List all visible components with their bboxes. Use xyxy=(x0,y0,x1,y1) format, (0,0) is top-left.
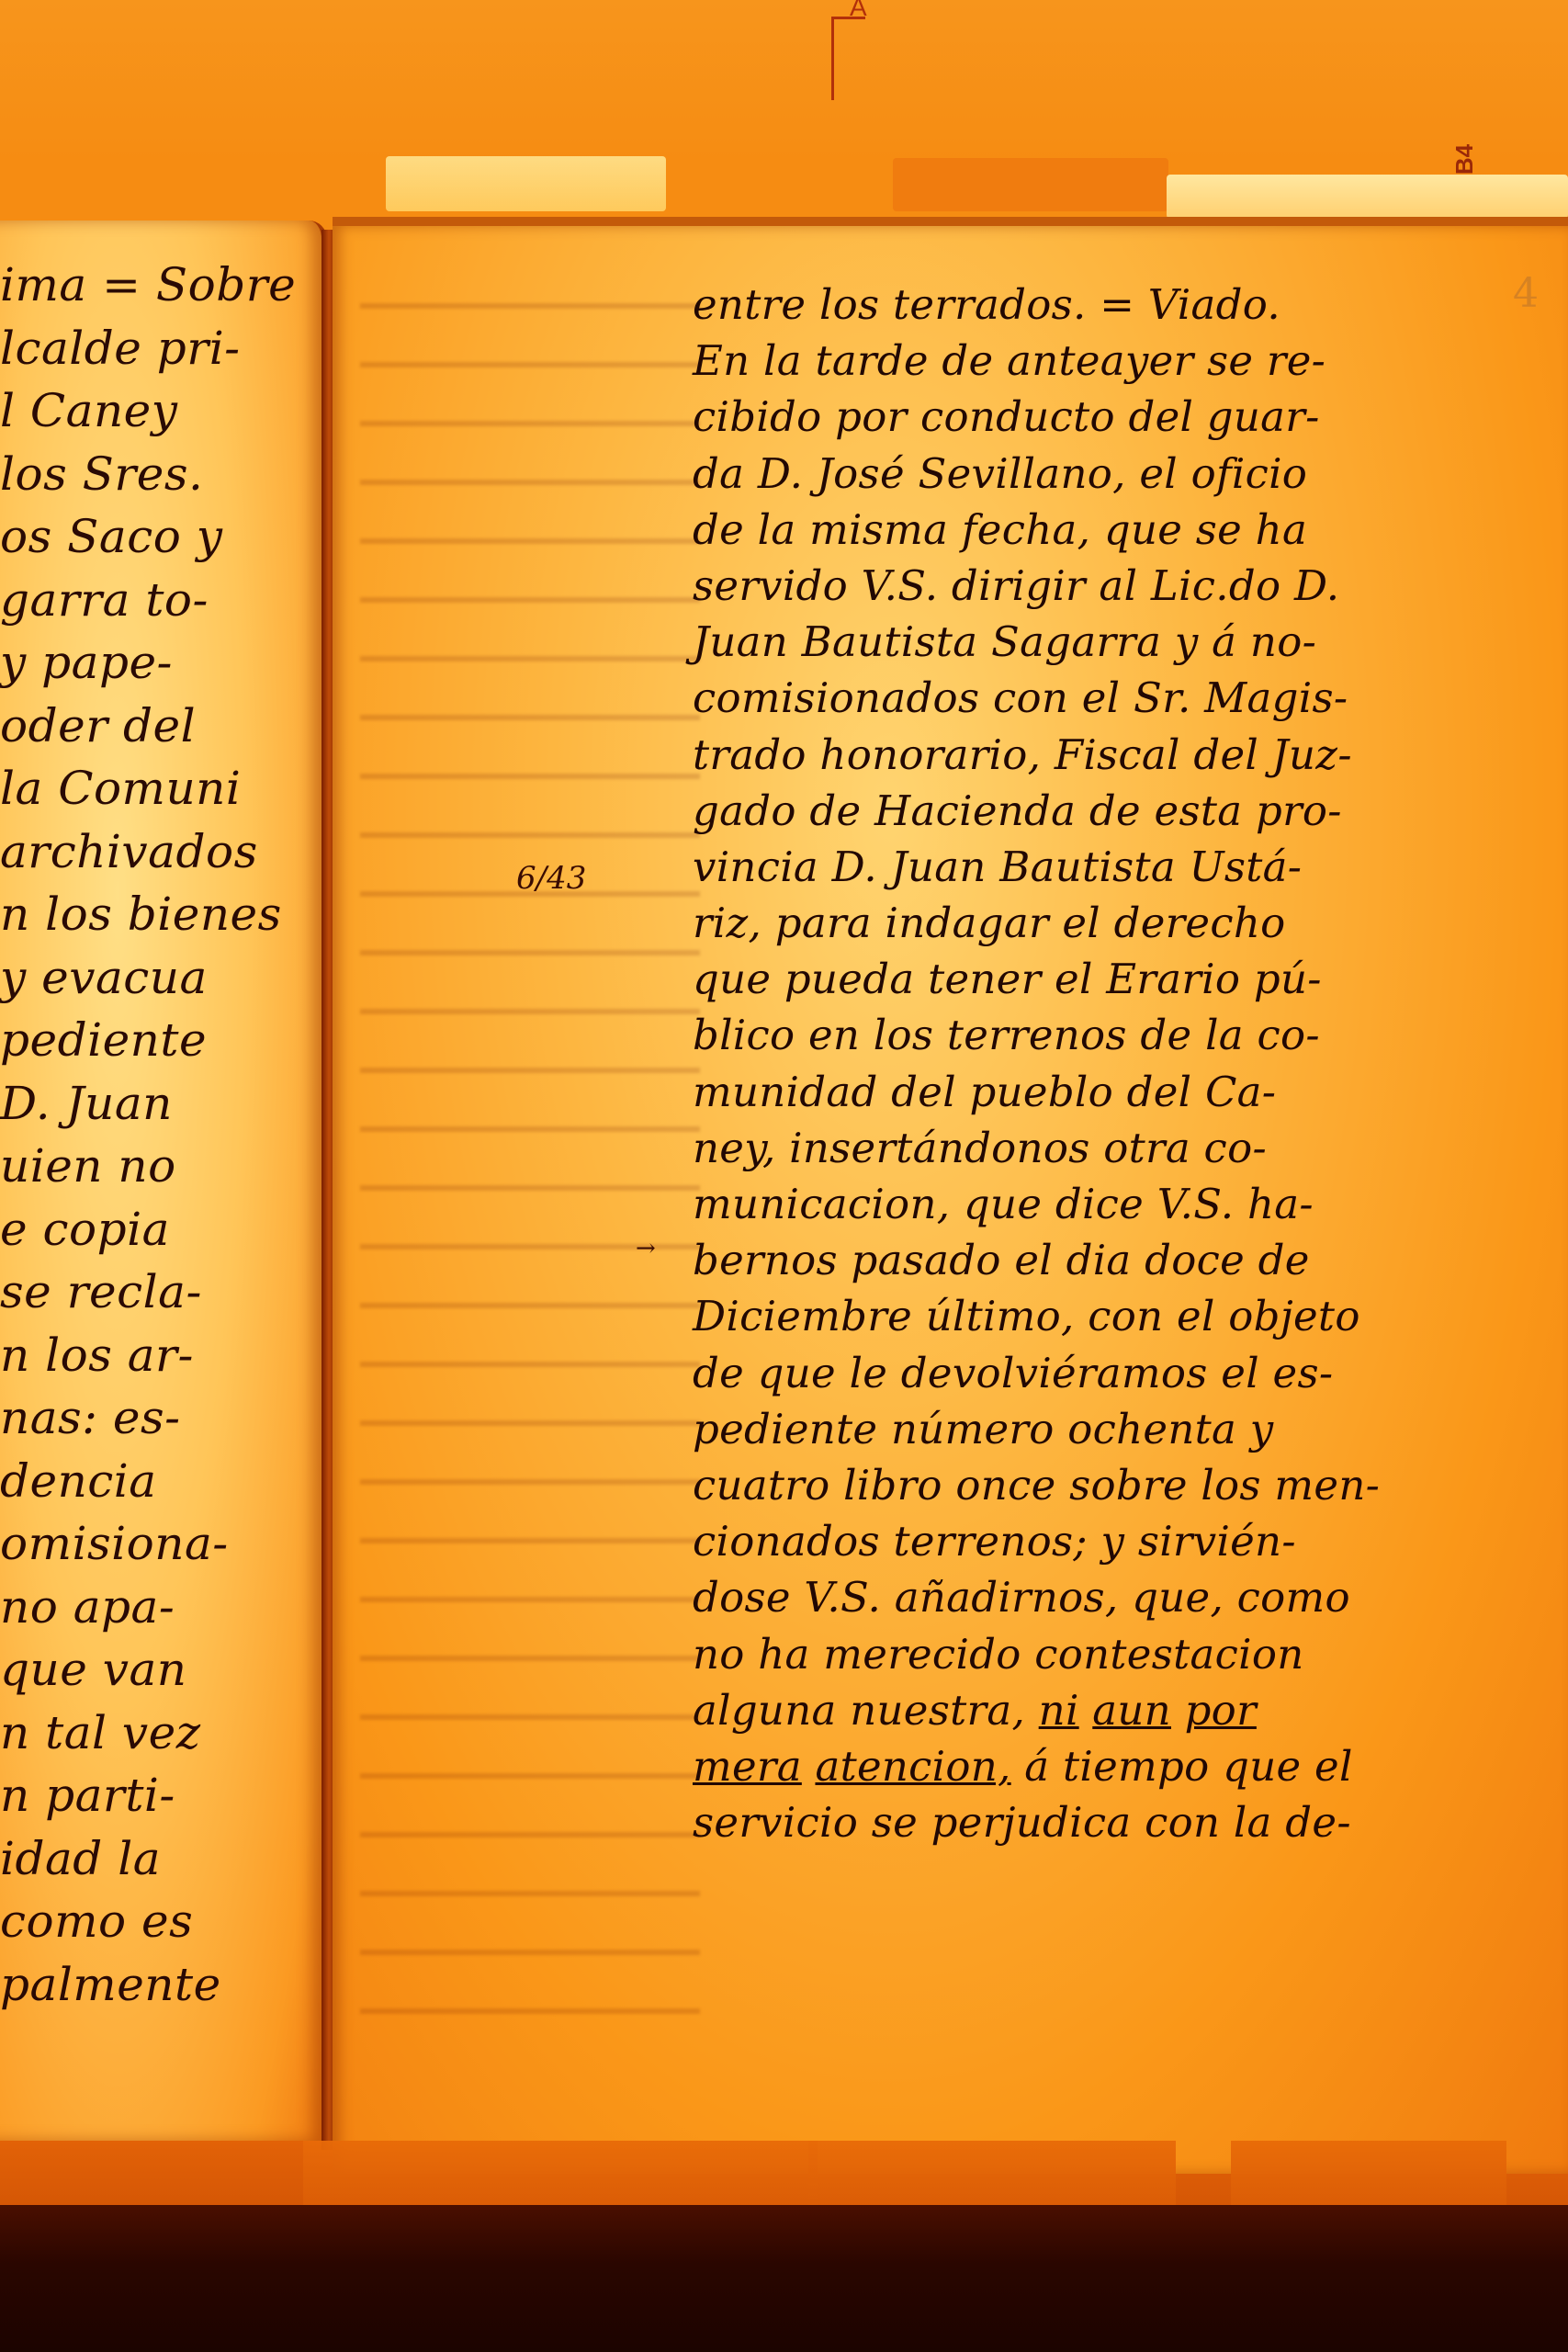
manuscript-line: n parti- xyxy=(0,1768,303,1831)
manuscript-line: trado honorario, Fiscal del Juz- xyxy=(693,729,1568,786)
frame-label: B4 xyxy=(1450,144,1479,175)
manuscript-line: y evacua xyxy=(0,950,303,1013)
crop-mark-glyph: A xyxy=(850,0,867,22)
manuscript-line: se recla- xyxy=(0,1264,303,1328)
manuscript-line: dencia xyxy=(0,1453,303,1517)
manuscript-line: cuatro libro once sobre los men- xyxy=(693,1460,1568,1516)
manuscript-line: omisiona- xyxy=(0,1516,303,1579)
manuscript-line: ney, insertándonos otra co- xyxy=(693,1123,1568,1179)
manuscript-line: de la misma fecha, que se ha xyxy=(693,504,1568,560)
manuscript-line: n los bienes xyxy=(0,887,303,950)
manuscript-line: uien no xyxy=(0,1138,303,1202)
manuscript-line: munidad del pueblo del Ca- xyxy=(693,1067,1568,1123)
manuscript-line: pediente número ochenta y xyxy=(693,1404,1568,1460)
manuscript-line: oder del xyxy=(0,698,303,762)
manuscript-line: no apa- xyxy=(0,1579,303,1643)
tape-strip xyxy=(1167,175,1568,219)
manuscript-line: idad la xyxy=(0,1831,303,1894)
manuscript-line: comisionados con el Sr. Magis- xyxy=(693,673,1568,729)
manuscript-line: e copia xyxy=(0,1202,303,1265)
manuscript-line: da D. José Sevillano, el oficio xyxy=(693,448,1568,504)
manuscript-line: Diciembre último, con el objeto xyxy=(693,1291,1568,1347)
left-page: ima = Sobrelcalde pri-l Caneylos Sres.os… xyxy=(0,220,327,2141)
manuscript-line: bernos pasado el dia doce de xyxy=(693,1235,1568,1291)
manuscript-line: que pueda tener el Erario pú- xyxy=(693,954,1568,1010)
manuscript-line: servido V.S. dirigir al Lic.do D. xyxy=(693,560,1568,616)
crop-mark xyxy=(831,17,865,100)
manuscript-line: alguna nuestra, ni aun por xyxy=(693,1685,1568,1741)
manuscript-line: archivados xyxy=(0,824,303,888)
manuscript-line: como es xyxy=(0,1894,303,1957)
manuscript-line: riz, para indagar el derecho xyxy=(693,898,1568,954)
manuscript-line: pediente xyxy=(0,1012,303,1076)
ink-bleed-through xyxy=(360,272,700,2064)
manuscript-line: no ha merecido contestacion xyxy=(693,1629,1568,1685)
manuscript-line: y pape- xyxy=(0,635,303,698)
manuscript-line: garra to- xyxy=(0,572,303,636)
margin-mark: → xyxy=(636,1235,656,1262)
manuscript-line: dose V.S. añadirnos, que, como xyxy=(693,1572,1568,1628)
tape-strip xyxy=(893,158,1168,211)
manuscript-line: D. Juan xyxy=(0,1076,303,1139)
folio-note: 6/43 xyxy=(516,860,586,897)
manuscript-line: n tal vez xyxy=(0,1705,303,1769)
manuscript-line: servicio se perjudica con la de- xyxy=(693,1797,1568,1853)
manuscript-line: l Caney xyxy=(0,383,303,447)
manuscript-line: la Comuni xyxy=(0,761,303,824)
manuscript-line: que van xyxy=(0,1642,303,1705)
manuscript-line: municacion, que dice V.S. ha- xyxy=(693,1179,1568,1235)
manuscript-line: los Sres. xyxy=(0,447,303,510)
manuscript-line: vincia D. Juan Bautista Ustá- xyxy=(693,842,1568,898)
manuscript-line: lcalde pri- xyxy=(0,321,303,384)
left-page-text: ima = Sobrelcalde pri-l Caneylos Sres.os… xyxy=(0,257,303,2019)
manuscript-line: nas: es- xyxy=(0,1390,303,1453)
manuscript-line: de que le devolviéramos el es- xyxy=(693,1348,1568,1404)
manuscript-line: Juan Bautista Sagarra y á no- xyxy=(693,616,1568,673)
manuscript-line: gado de Hacienda de esta pro- xyxy=(693,786,1568,842)
right-page: 4 6/43 → entre los terrados. = Viado.En … xyxy=(333,217,1568,2174)
tape-strip xyxy=(386,156,666,211)
manuscript-line: blico en los terrenos de la co- xyxy=(693,1010,1568,1066)
manuscript-line: cionados terrenos; y sirvién- xyxy=(693,1516,1568,1572)
manuscript-line: En la tarde de anteayer se re- xyxy=(693,335,1568,391)
manuscript-line: cibido por conducto del guar- xyxy=(693,391,1568,447)
bottom-shadow xyxy=(0,2205,1568,2352)
manuscript-line: os Saco y xyxy=(0,509,303,572)
right-page-text: entre los terrados. = Viado.En la tarde … xyxy=(693,279,1568,1853)
manuscript-line: mera atencion, á tiempo que el xyxy=(693,1741,1568,1797)
manuscript-line: n los ar- xyxy=(0,1328,303,1391)
manuscript-line: ima = Sobre xyxy=(0,257,303,321)
manuscript-line: palmente xyxy=(0,1957,303,2020)
manuscript-line: entre los terrados. = Viado. xyxy=(693,279,1568,335)
